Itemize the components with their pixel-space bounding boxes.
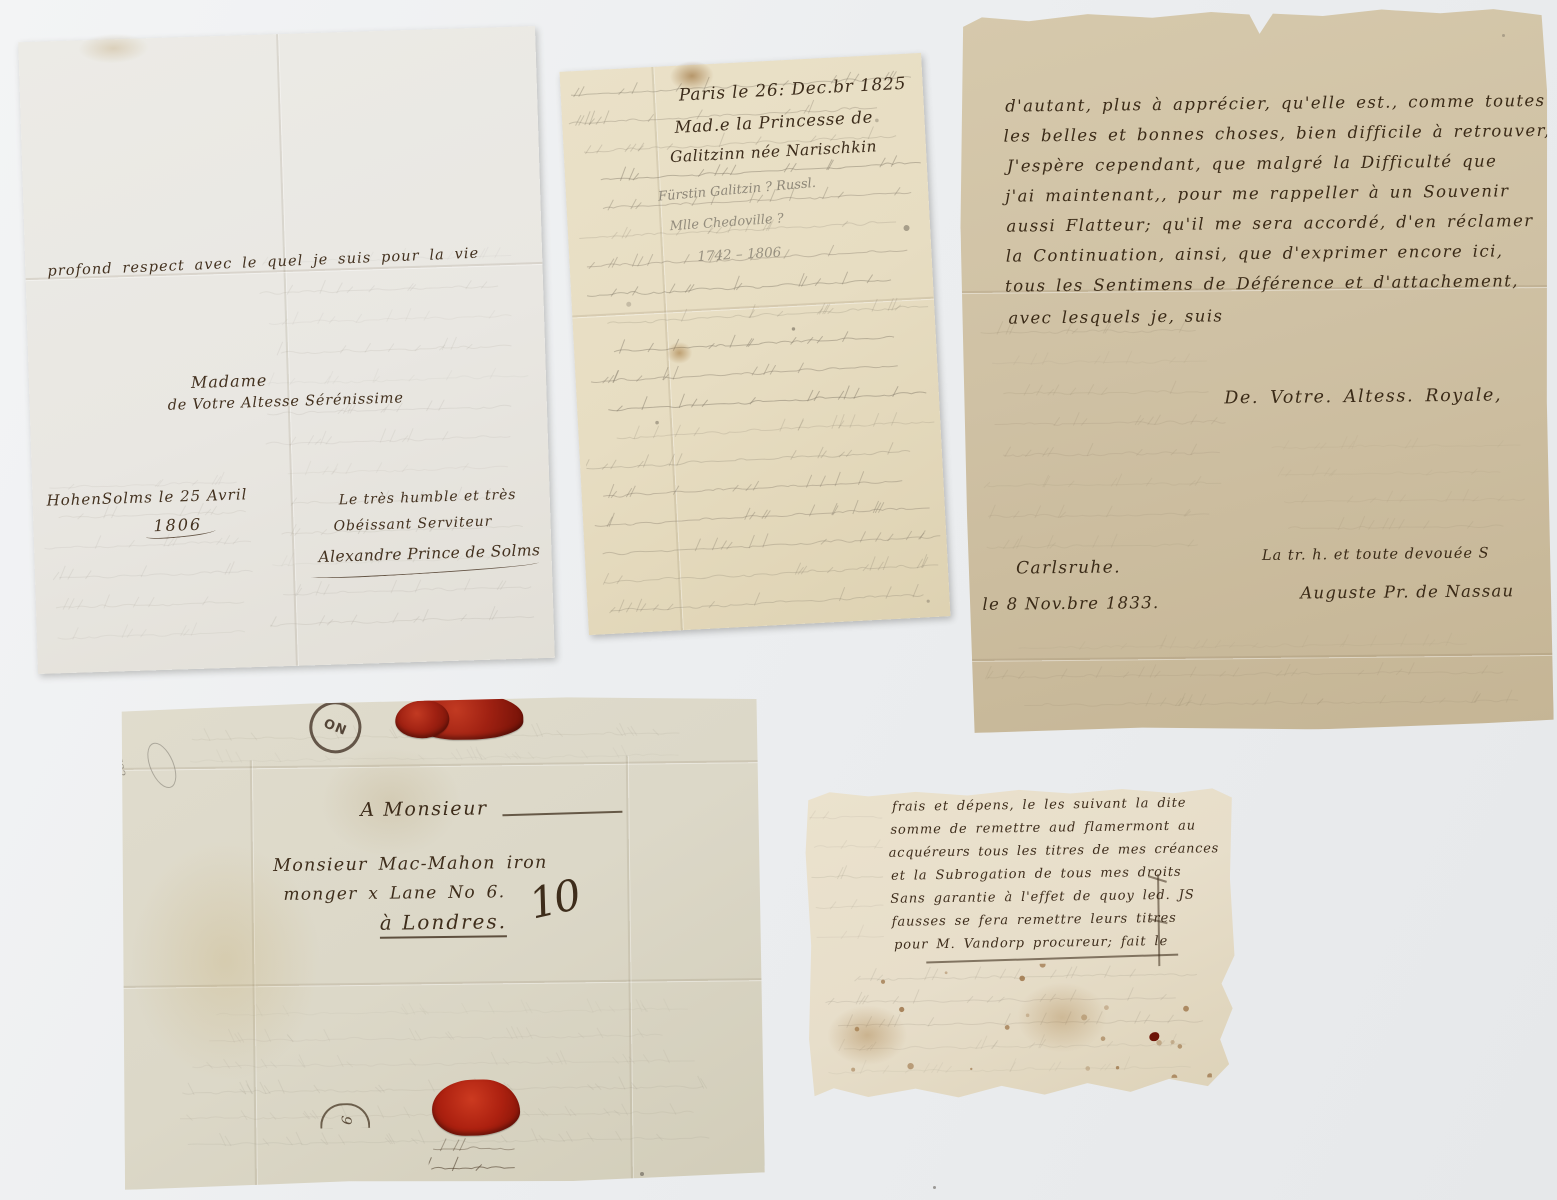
paris-addressee-2: Galitzinn née Narischkin [670, 137, 878, 166]
salutation-madame: Madame [191, 371, 268, 392]
showthrough-writing [257, 238, 537, 638]
showthrough-writing [979, 313, 1227, 561]
stain [827, 1005, 908, 1066]
note-line: somme de remettre aud flamermont au [890, 819, 1196, 838]
showthrough-writing [985, 627, 1526, 719]
closing-devouee: La tr. h. et toute devouée S [1262, 546, 1490, 564]
postal-rate-mark: 10 [525, 870, 584, 929]
address-line-4: à Londres. [380, 909, 508, 939]
note-line: frais et dépens, le les suivant la dite [892, 796, 1187, 815]
address-dash [502, 811, 622, 816]
body-line: aussi Flatteur; qu'il me sera accordé, d… [1006, 211, 1533, 236]
fold-crease [572, 297, 934, 318]
fold-crease [626, 756, 633, 1184]
body-line: les belles et bonnes choses, bien diffic… [1003, 121, 1550, 146]
place-date: HohenSolms le 25 Avril [46, 485, 247, 509]
letter-nassau-1833: d'autant, plus à apprécier, qu'elle est.… [958, 5, 1554, 733]
showthrough-writing [824, 961, 1212, 1082]
photo-of-manuscript-letters: profond respect avec le quel je suis pou… [0, 0, 1557, 1200]
postmark-stamp: ON [302, 694, 369, 761]
letter-paris-1825: Paris le 26: Dec.br 1825 Mad.e la Prince… [559, 53, 950, 635]
address-line-3: monger x Lane No 6. [283, 882, 505, 905]
fold-crease [965, 653, 1553, 661]
stain [1017, 982, 1108, 1053]
body-line: j'ai maintenant,, pour me rappeller à un… [1005, 181, 1509, 205]
valediction: De. Votre. Altess. Royale, [1224, 385, 1502, 408]
closing-line-1: Le très humble et très [338, 487, 516, 509]
closing-respect-line: profond respect avec le quel je suis pou… [47, 246, 480, 280]
dust-speck [1502, 34, 1505, 37]
fold-crease [250, 760, 257, 1188]
date-1833: le 8 Nov.bre 1833. [982, 593, 1159, 614]
note-line: pour M. Vandorp procureur; fait le [894, 934, 1168, 953]
torn-seal-marks [428, 1137, 514, 1178]
pencil-archive-note: 1782 [109, 748, 128, 778]
body-line: la Continuation, ainsi, que d'exprimer e… [1006, 241, 1504, 265]
pencil-annotation-2: Mlle Chedoville ? [669, 211, 784, 234]
note-line: fausses se fera remettre leurs titres [892, 911, 1177, 930]
showthrough-writing [163, 995, 725, 1157]
dust-speck [640, 1172, 644, 1176]
address-line-2: Monsieur Mac-Mahon iron [273, 853, 548, 876]
place-carlsruhe: Carlsruhe. [1016, 557, 1121, 578]
pencil-annotation-1: Fürstin Galitzin ? Russl. [658, 176, 817, 205]
signature-auguste: Auguste Pr. de Nassau [1300, 581, 1514, 602]
note-rule [926, 954, 1178, 963]
pencil-scribble-ellipse [141, 739, 182, 793]
note-vandorp: frais et dépens, le les suivant la dite … [804, 785, 1238, 1101]
body-line: d'autant, plus à apprécier, qu'elle est.… [1005, 91, 1545, 116]
salutation-votre-altesse: de Votre Altesse Sérénissime [167, 390, 404, 413]
stain [78, 32, 149, 64]
body-line: avec lesquels je, suis [1008, 306, 1223, 327]
note-line: et la Subrogation de tous mes droits [891, 865, 1182, 884]
dark-red-spot [1149, 1032, 1159, 1041]
wax-seal-bottom [432, 1079, 521, 1136]
note-line: Sans garantie à l'effet de quoy led. JS [890, 888, 1194, 907]
letter-solms-1806: profond respect avec le quel je suis pou… [18, 26, 555, 674]
half-circle-mark: 9 [320, 1103, 370, 1129]
closing-line-2: Obéissant Serviteur [333, 514, 492, 535]
fold-crease [123, 978, 763, 988]
stain [666, 341, 693, 364]
paris-dateline: Paris le 26: Dec.br 1825 [678, 74, 906, 106]
showthrough-writing [808, 800, 884, 951]
dust-speck [933, 1186, 936, 1189]
body-line: tous les Sentimens de Déférence et d'att… [1005, 271, 1519, 295]
envelope-mac-mahon: ON 1782 A Monsieur Monsieur Mac-Mahon ir… [119, 694, 765, 1190]
pencil-annotation-3: 1742 – 1806 [697, 245, 782, 265]
showthrough-writing [1263, 430, 1526, 541]
body-line: J'espère cependant, que malgré la Diffic… [1007, 151, 1498, 175]
note-line: acquéreurs tous les titres de mes créanc… [889, 841, 1219, 861]
postmark-text: ON [321, 716, 349, 739]
bottom-mark-9: 9 [337, 1115, 354, 1125]
fold-crease [120, 760, 760, 770]
address-line-1: A Monsieur [360, 797, 488, 821]
paris-addressee-1: Mad.e la Princesse de [674, 108, 874, 137]
fold-crease [276, 34, 298, 666]
stain [129, 839, 322, 1081]
